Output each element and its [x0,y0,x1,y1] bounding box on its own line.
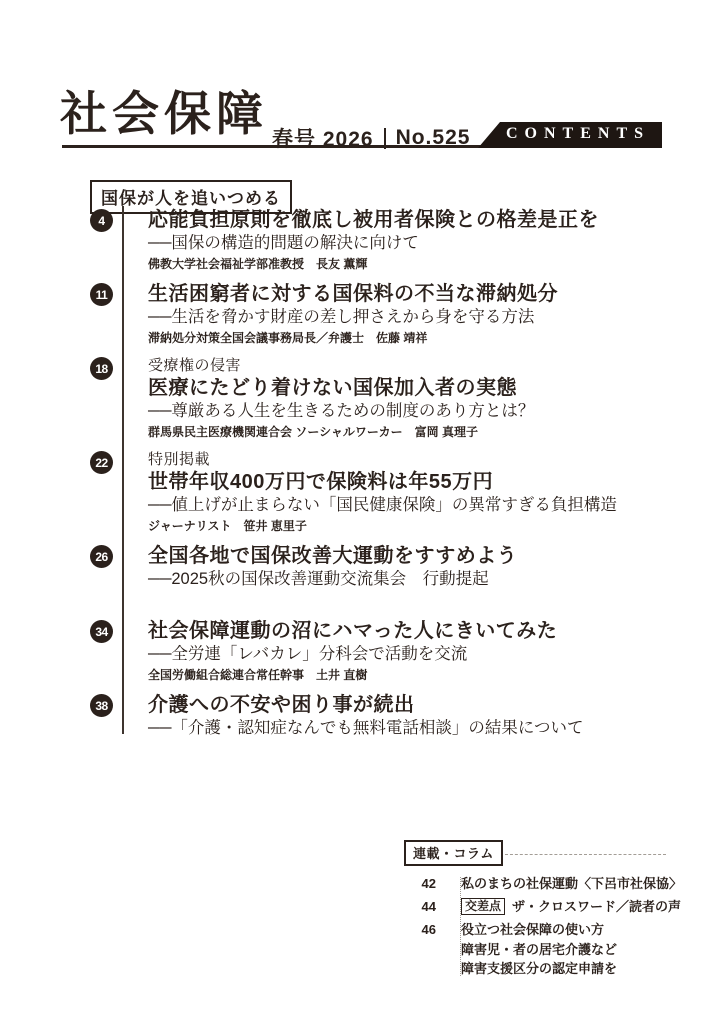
toc-article-entry: 34 社会保障運動の沼にハマった人にきいてみた ──全労連「レバカレ」分科会で活… [64,619,664,683]
column-row: 46 役立つ社会保障の使い方 障害児・者の居宅介護など障害支援区分の認定申請を [404,921,666,978]
article-title: 介護への不安や困り事が続出 [148,693,664,717]
article-page-badge: 34 [90,620,113,643]
column-row: 44 交差点ザ・クロスワード／読者の声 [404,898,666,916]
toc-article-entry: 4 応能負担原則を徹底し被用者保険との格差是正を ──国保の構造的問題の解決に向… [64,208,664,272]
article-author: 群馬県民主医療機関連合会 ソーシャルワーカー 富岡 真理子 [148,424,664,440]
article-author: ジャーナリスト 笹井 恵里子 [148,518,664,534]
header-underline [62,145,482,148]
article-page-badge: 18 [90,357,113,380]
column-sublines: 障害児・者の居宅介護など障害支援区分の認定申請を [461,940,617,978]
magazine-contents-page: 社会保障 春号 2026 No.525 CONTENTS 国保が人を追いつめる … [0,0,724,1024]
toc-article-entry: 22 特別掲載 世帯年収400万円で保険料は年55万円 ──値上げが止まらない「… [64,450,664,534]
column-subline: 障害児・者の居宅介護など [461,940,617,959]
toc-article-entry: 11 生活困窮者に対する国保料の不当な滞納処分 ──生活を脅かす財産の差し押さえ… [64,282,664,346]
article-subtitle: ──生活を脅かす財産の差し押さえから身を守る方法 [148,306,664,329]
toc-article-entry: 38 介護への不安や困り事が続出 ──「介護・認知症なんでも無料電話相談」の結果… [64,693,664,740]
columns-dashed-line [505,854,666,855]
issue-label: 春号 2026 [272,123,374,153]
contents-label: CONTENTS [506,125,650,143]
columns-header-label: 連載・コラム [404,840,503,866]
column-body: 私のまちの社保運動〈下呂市社保協〉 [448,875,682,893]
column-body: 交差点ザ・クロスワード／読者の声 [448,898,681,916]
article-list: 4 応能負担原則を徹底し被用者保険との格差是正を ──国保の構造的問題の解決に向… [64,208,664,750]
contents-banner: CONTENTS [478,122,662,148]
article-kicker: 特別掲載 [148,450,664,470]
article-author: 佛教大学社会福祉学部准教授 長友 薫輝 [148,256,664,272]
column-page-number: 46 [404,921,448,939]
article-subtitle: ──国保の構造的問題の解決に向けて [148,232,664,255]
article-title: 生活困窮者に対する国保料の不当な滞納処分 [148,282,664,306]
column-label: 役立つ社会保障の使い方 [461,922,604,937]
column-label: 私のまちの社保運動〈下呂市社保協〉 [461,876,682,891]
article-subtitle: ──尊厳ある人生を生きるための制度のあり方とは？ [148,400,664,423]
column-tag: 交差点 [461,898,505,915]
article-title: 全国各地で国保改善大運動をすすめよう [148,544,664,568]
toc-article-entry: 26 全国各地で国保改善大運動をすすめよう ──2025秋の国保改善運動交流集会… [64,544,664,591]
article-title: 応能負担原則を徹底し被用者保険との格差是正を [148,208,664,232]
article-subtitle: ──全労連「レバカレ」分科会で活動を交流 [148,643,664,666]
article-author: 滞納処分対策全国会議事務局長／弁護士 佐藤 靖祥 [148,330,664,346]
article-subtitle: ──値上げが止まらない「国民健康保険」の異常すぎる負担構造 [148,494,664,517]
article-author: 全国労働組合総連合常任幹事 土井 直樹 [148,667,664,683]
columns-items: 42 私のまちの社保運動〈下呂市社保協〉 44 交差点ザ・クロスワード／読者の声… [404,875,666,978]
article-subtitle: ──2025秋の国保改善運動交流集会 行動提起 [148,568,664,591]
article-subtitle: ──「介護・認知症なんでも無料電話相談」の結果について [148,717,664,740]
column-subline: 障害支援区分の認定申請を [461,959,617,978]
article-page-badge: 11 [90,283,113,306]
columns-dotted-rule [460,877,461,976]
article-page-badge: 26 [90,545,113,568]
article-title: 医療にたどり着けない国保加入者の実態 [148,376,664,400]
column-page-number: 42 [404,875,448,893]
column-label: ザ・クロスワード／読者の声 [512,899,681,914]
article-title: 社会保障運動の沼にハマった人にきいてみた [148,619,664,643]
columns-header: 連載・コラム [404,840,666,866]
magazine-title: 社会保障 [60,90,268,137]
issue-info: 春号 2026 No.525 [272,123,470,153]
column-body: 役立つ社会保障の使い方 障害児・者の居宅介護など障害支援区分の認定申請を [448,921,617,978]
column-page-number: 44 [404,898,448,916]
toc-article-entry: 18 受療権の侵害 医療にたどり着けない国保加入者の実態 ──尊厳ある人生を生き… [64,356,664,440]
article-kicker: 受療権の侵害 [148,356,664,376]
columns-block: 連載・コラム 42 私のまちの社保運動〈下呂市社保協〉 44 交差点ザ・クロスワ… [404,840,666,983]
article-page-badge: 38 [90,694,113,717]
column-row: 42 私のまちの社保運動〈下呂市社保協〉 [404,875,666,893]
article-page-badge: 4 [90,209,113,232]
article-page-badge: 22 [90,451,113,474]
article-title: 世帯年収400万円で保険料は年55万円 [148,470,664,494]
